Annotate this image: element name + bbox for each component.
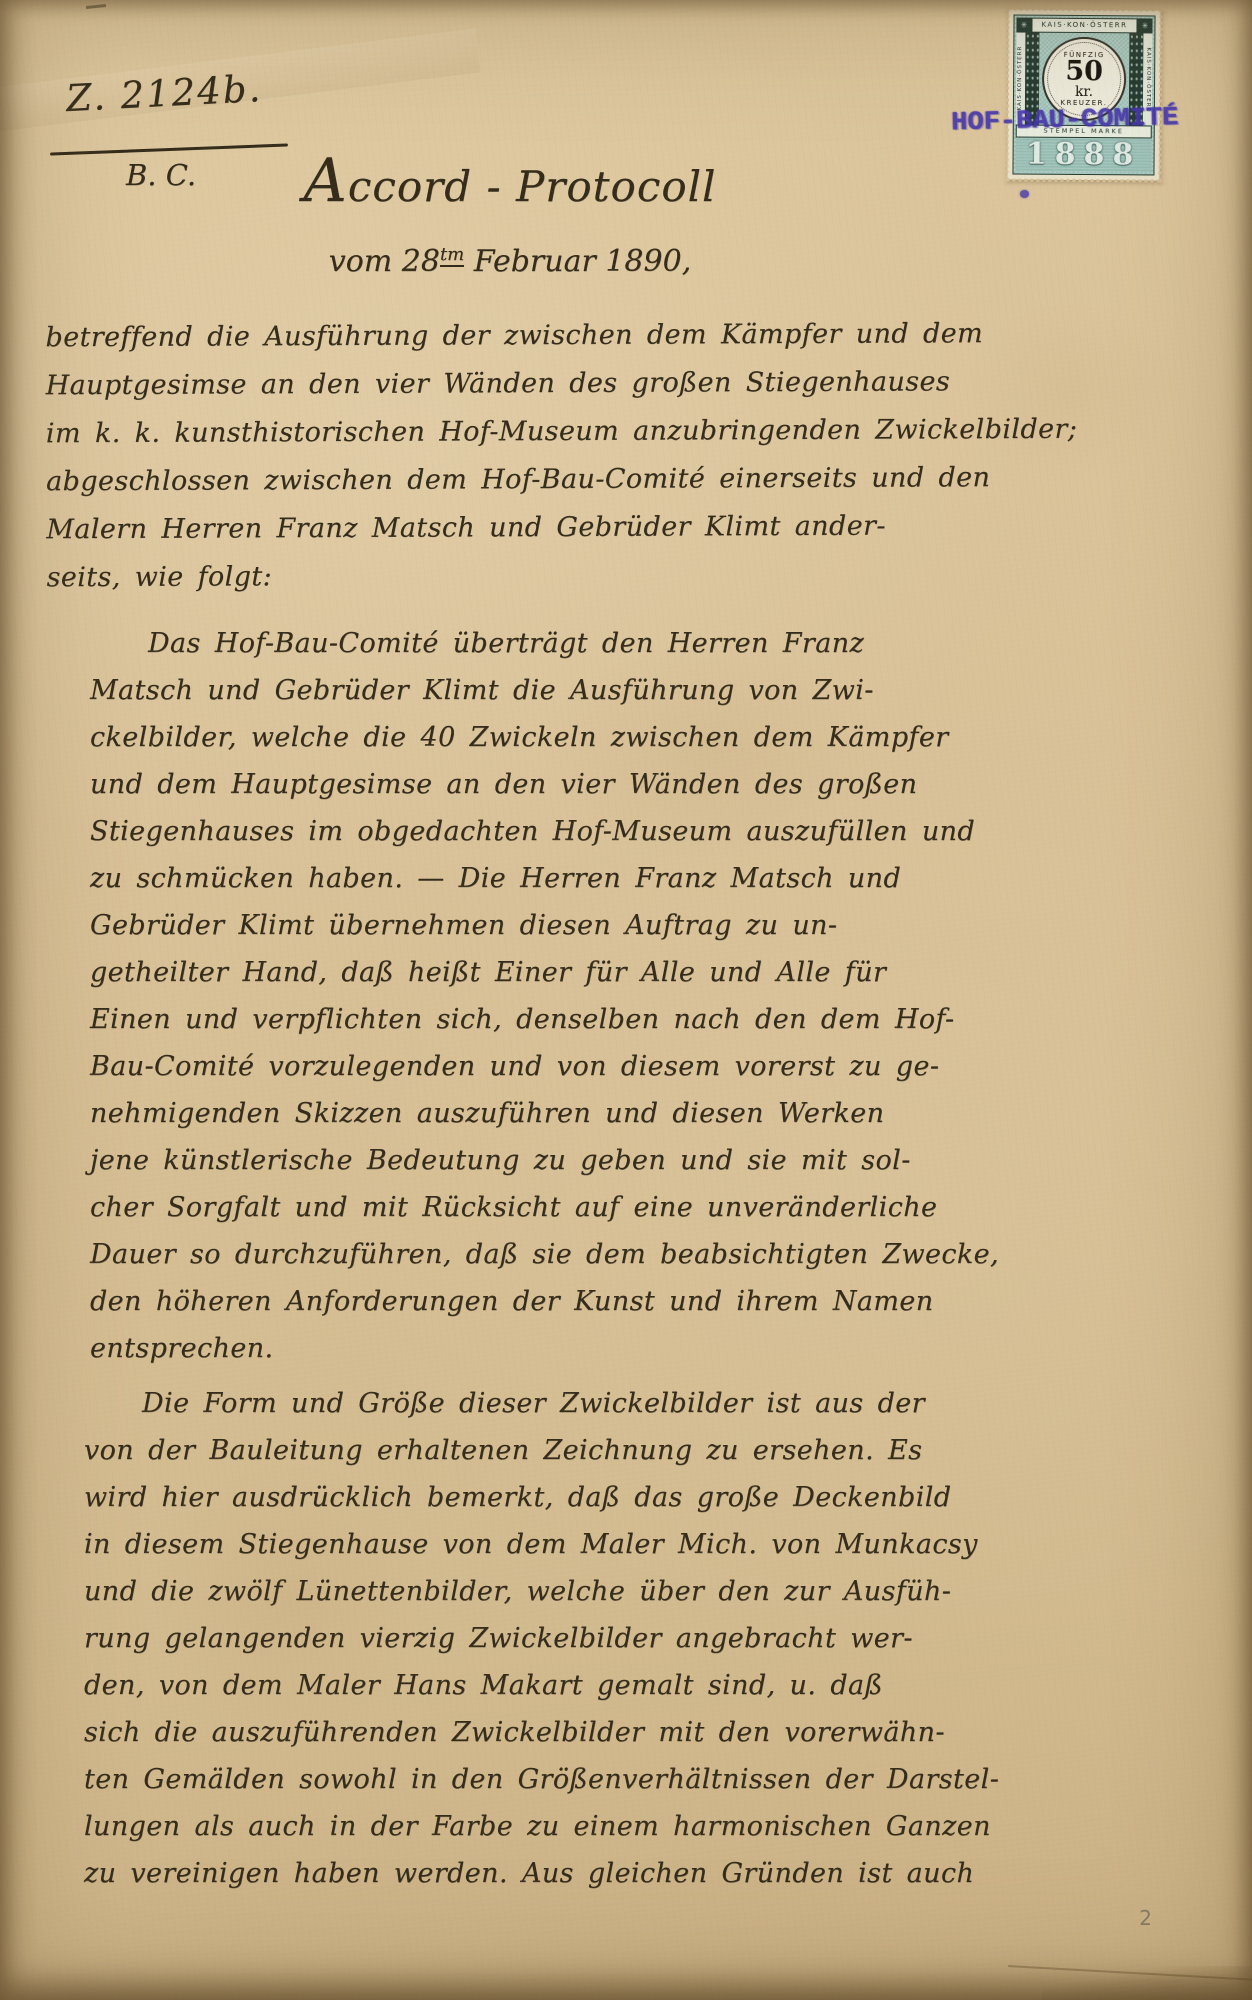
manuscript-line: lungen als auch in der Farbe zu einem ha… — [84, 1803, 999, 1850]
manuscript-line: zu vereinigen haben werden. Aus gleichen… — [84, 1850, 999, 1897]
document-title: Accord - Protocoll — [260, 146, 760, 216]
manuscript-line: im k. k. kunsthistorischen Hof-Museum an… — [46, 406, 1078, 458]
hof-bau-comite-ink-stamp: HOF-BAU-COMITÉ — [951, 102, 1179, 137]
manuscript-line: Dauer so durchzuführen, daß sie dem beab… — [90, 1231, 999, 1278]
manuscript-line: jene künstlerische Bedeutung zu geben un… — [90, 1137, 999, 1184]
manuscript-line: und die zwölf Lünettenbilder, welche übe… — [84, 1568, 999, 1615]
revenue-stamp-frame: ✳ KAIS·KON·ÖSTERR ✳ KAIS·KON·ÖSTERR FÜNF… — [1012, 15, 1155, 176]
manuscript-line: sich die auszuführenden Zwickelbilder mi… — [84, 1709, 999, 1756]
paragraph-form-size: Die Form und Größe dieser Zwickelbilder … — [84, 1380, 999, 1897]
manuscript-line: getheilter Hand, daß heißt Einer für All… — [90, 949, 999, 996]
stamp-corner-ornament: ✳ — [1137, 18, 1152, 33]
manuscript-line: Einen und verpflichten sich, denselben n… — [90, 996, 999, 1043]
page-number: 2 — [1139, 1906, 1152, 1930]
file-number-underline — [50, 143, 288, 155]
manuscript-line: den, von dem Maler Hans Makart gemalt si… — [84, 1662, 999, 1709]
manuscript-line: seits, wie folgt: — [46, 550, 1078, 602]
file-number: Z. 2124b. — [65, 67, 263, 120]
stamp-value-number: 50 — [1065, 59, 1103, 85]
manuscript-line: Gebrüder Klimt übernehmen diesen Auftrag… — [90, 902, 999, 949]
revenue-stamp-body: ✳ KAIS·KON·ÖSTERR ✳ KAIS·KON·ÖSTERR FÜNF… — [1007, 9, 1160, 180]
stamp-corner-ornament: ✳ — [1016, 18, 1031, 33]
manuscript-line: den höheren Anforderungen der Kunst und … — [90, 1278, 999, 1325]
manuscript-line: Malern Herren Franz Matsch und Gebrüder … — [46, 502, 1078, 554]
paragraph-preamble: betreffend die Ausführung der zwischen d… — [45, 310, 1078, 602]
stamp-year-band: 1888 — [1015, 138, 1151, 173]
ink-splatter-dot — [1020, 190, 1029, 198]
manuscript-line: von der Bauleitung erhaltenen Zeichnung … — [84, 1427, 999, 1474]
manuscript-line: Hauptgesimse an den vier Wänden des groß… — [46, 358, 1078, 410]
stamp-top-band: ✳ KAIS·KON·ÖSTERR ✳ — [1016, 18, 1152, 34]
manuscript-line: zu schmücken haben. — Die Herren Franz M… — [90, 855, 999, 902]
date-suffix: Februar 1890, — [464, 244, 691, 279]
paragraph-commission: Das Hof-Bau-Comité überträgt den Herren … — [90, 620, 999, 1372]
manuscript-line: Das Hof-Bau-Comité überträgt den Herren … — [90, 620, 999, 667]
manuscript-line: in diesem Stiegenhause von dem Maler Mic… — [84, 1521, 999, 1568]
date-superscript: tm — [440, 244, 464, 267]
paper-edge-mark — [86, 4, 106, 9]
manuscript-line: betreffend die Ausführung der zwischen d… — [45, 310, 1077, 362]
manuscript-line: abgeschlossen zwischen dem Hof-Bau-Comit… — [46, 454, 1078, 506]
manuscript-line: Stiegenhauses im obgedachten Hof-Museum … — [90, 808, 999, 855]
revenue-stamp: ✳ KAIS·KON·ÖSTERR ✳ KAIS·KON·ÖSTERR FÜNF… — [1007, 9, 1160, 180]
stamp-value-unit: kr. — [1075, 85, 1093, 99]
manuscript-line: Matsch und Gebrüder Klimt die Ausführung… — [90, 667, 999, 714]
header-annotation: B. C. — [126, 158, 196, 192]
manuscript-line: ten Gemälden sowohl in den Größenverhält… — [84, 1756, 999, 1803]
paper-corner-shadow — [1042, 1966, 1252, 2000]
manuscript-line: wird hier ausdrücklich bemerkt, daß das … — [84, 1474, 999, 1521]
stamp-country-text-top: KAIS·KON·ÖSTERR — [1031, 18, 1137, 34]
date-prefix: vom 28 — [329, 244, 440, 279]
manuscript-line: Die Form und Größe dieser Zwickelbilder … — [84, 1380, 999, 1427]
manuscript-line: ckelbilder, welche die 40 Zwickeln zwisc… — [90, 714, 999, 761]
manuscript-line: cher Sorgfalt und mit Rücksicht auf eine… — [90, 1184, 999, 1231]
manuscript-line: rung gelangenden vierzig Zwickelbilder a… — [84, 1615, 999, 1662]
manuscript-line: Bau-Comité vorzulegenden und von diesem … — [90, 1043, 999, 1090]
manuscript-line: und dem Hauptgesimse an den vier Wänden … — [90, 761, 999, 808]
stamp-year: 1888 — [1026, 137, 1142, 173]
manuscript-line: entsprechen. — [90, 1325, 999, 1372]
manuscript-line: nehmigenden Skizzen auszuführen und dies… — [90, 1090, 999, 1137]
document-date: vom 28tm Februar 1890, — [260, 244, 760, 279]
document-page: Z. 2124b. B. C. Accord - Protocoll vom 2… — [0, 0, 1252, 2000]
